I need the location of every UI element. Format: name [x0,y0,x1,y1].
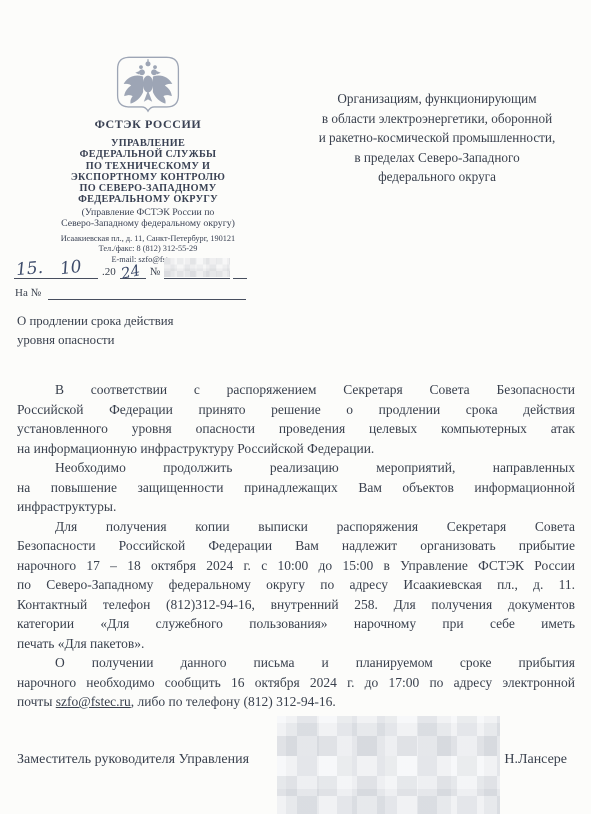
body-line: Контактный телефон (812)312-94-16, внутр… [17,595,575,615]
paragraph: Для получения копии выписки распоряжения… [17,517,575,654]
signer-position: Заместитель руководителя Управления [17,752,249,768]
recipient-line: в области электроэнергетики, оборонной [288,109,586,129]
recipient-line: в пределах Северо-Западного [288,148,586,168]
year-prefix-label: .20 [101,265,117,279]
body-line: инфраструктуры. [17,497,575,517]
year-line: 24 [120,260,146,279]
org-address: Исаакиевская пл., д. 11, Санкт-Петербург… [28,234,268,244]
signer-name: Н.Лансере [504,752,575,768]
number-sign-label: № [149,265,162,279]
handwritten-day: 15. [15,258,44,280]
body-line: Российской Федерации принято решение о п… [17,400,575,420]
scanned-letter-page: ФСТЭК РОССИИ УПРАВЛЕНИЕ ФЕДЕРАЛЬНОЙ СЛУЖ… [0,0,591,814]
reference-label: На № [14,286,42,300]
org-name-line: ПО ТЕХНИЧЕСКОМУ И [28,161,268,172]
body-line: на повышение защищенности принадлежащих … [17,478,575,498]
recipient-line: Организациям, функционирующим [288,89,586,109]
signature-row: Заместитель руководителя Управления Н.Ла… [17,752,575,768]
org-name-line: УПРАВЛЕНИЕ [28,138,268,149]
body-line: по Северо-Западному федеральному округу … [17,575,575,595]
paragraph: Необходимо продолжить реализацию меропри… [17,458,575,517]
org-alt-line: Северо-Западному федеральному округу) [28,218,268,229]
org-name-line: ПО СЕВЕРО-ЗАПАДНОМУ [28,183,268,194]
handwritten-month: 10 [59,257,83,279]
org-name-line: ФЕДЕРАЛЬНОМУ ОКРУГУ [28,194,268,205]
paragraph: О получении данного письма и планируемом… [17,653,575,712]
org-short-name: ФСТЭК РОССИИ [28,117,268,132]
body-text-fragment: , либо по телефону (812) 312-94-16. [131,694,336,709]
subject-line: уровня опасности [17,331,277,350]
body-line: О получении данного письма и планируемом… [17,653,575,673]
recipient-block: Организациям, функционирующим в области … [288,89,586,187]
reference-row: На № [14,284,246,300]
number-extra-line [233,260,247,279]
recipient-line: и ракетно-космической промышленности, [288,128,586,148]
email-link-text: szfo@fstec.ru [56,694,131,709]
coat-of-arms-icon [115,55,181,113]
body-line: почты szfo@fstec.ru, либо по телефону (8… [17,692,575,712]
date-number-row: 15. 10 .20 24 № [14,252,247,279]
org-alternate-name: (Управление ФСТЭК России по Северо-Запад… [28,207,268,229]
body-line: Для получения копии выписки распоряжения… [17,517,575,537]
body-line: Необходимо продолжить реализацию меропри… [17,458,575,478]
body-text-fragment: почты [17,694,56,709]
outgoing-number-line [164,260,230,279]
redacted-outgoing-number [164,258,230,277]
body-line: В соответствии с распоряжением Секретаря… [17,380,575,400]
recipient-line: федерального округа [288,167,586,187]
reference-line [48,286,246,300]
body-line: на информационную инфраструктуру Российс… [17,439,575,459]
body-line: нарочного 17 – 18 октября 2024 г. с 10:0… [17,556,575,576]
handwritten-year: 24 [119,261,141,283]
org-full-name: УПРАВЛЕНИЕ ФЕДЕРАЛЬНОЙ СЛУЖБЫ ПО ТЕХНИЧЕ… [28,138,268,206]
body-line: категории «Для служебного пользования» н… [17,614,575,634]
paragraph: В соответствии с распоряжением Секретаря… [17,380,575,458]
body-line: печать «Для пакетов». [17,634,575,654]
body-line: установленного уровня опасности проведен… [17,419,575,439]
letter-body: В соответствии с распоряжением Секретаря… [17,380,575,712]
letterhead: ФСТЭК РОССИИ УПРАВЛЕНИЕ ФЕДЕРАЛЬНОЙ СЛУЖ… [28,55,268,265]
date-day-month-line: 15. 10 [14,260,98,279]
org-name-line: ЭКСПОРТНОМУ КОНТРОЛЮ [28,172,268,183]
body-line: нарочного необходимо сообщить 16 октября… [17,673,575,693]
subject-block: О продлении срока действия уровня опасно… [17,312,277,349]
org-alt-line: (Управление ФСТЭК России по [28,207,268,218]
subject-line: О продлении срока действия [17,312,277,331]
body-line: Безопасности Российской Федерации Вам на… [17,536,575,556]
org-name-line: ФЕДЕРАЛЬНОЙ СЛУЖБЫ [28,149,268,160]
